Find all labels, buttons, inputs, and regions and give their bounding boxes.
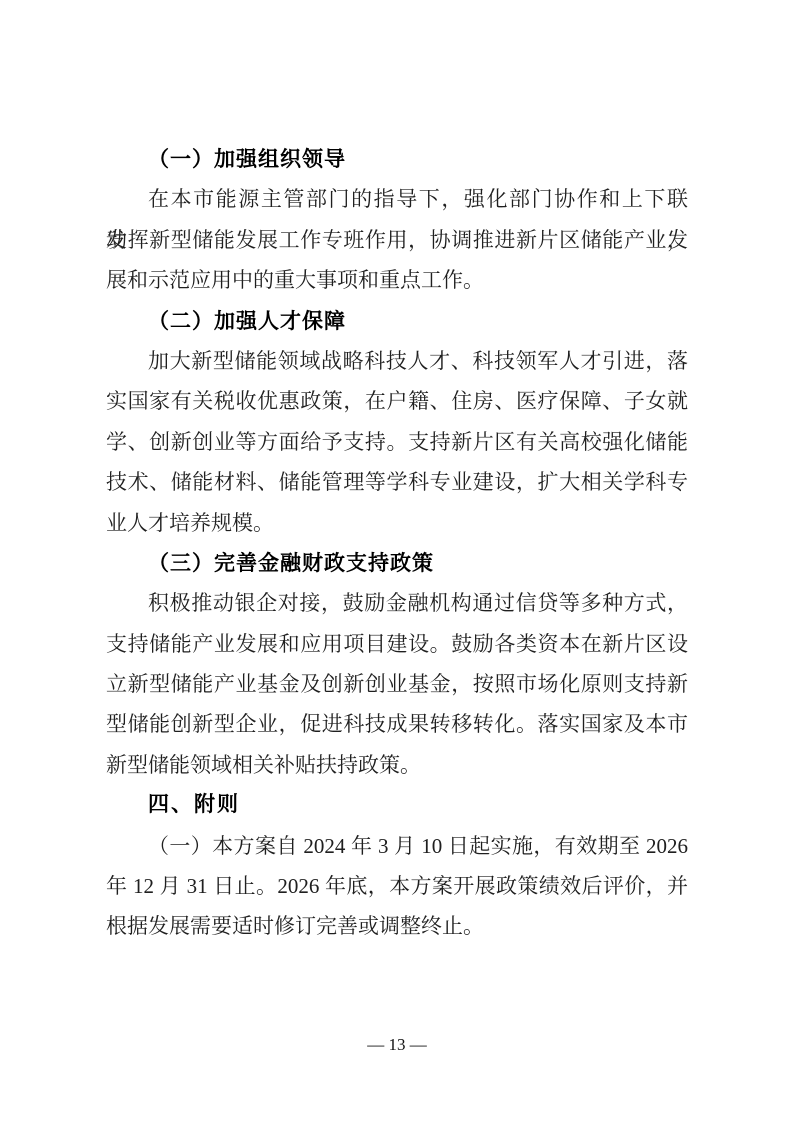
paragraph-line: 加大新型储能领域战略科技人才、科技领军人才引进，落 [106,341,688,381]
section-heading-1: （一）加强组织领导 [106,139,688,179]
paragraph-line: 年 12 月 31 日止。2026 年底，本方案开展政策绩效后评价，并 [106,866,688,906]
paragraph-line: 在本市能源主管部门的指导下，强化部门协作和上下联动， [106,179,688,219]
paragraph-line: 实国家有关税收优惠政策，在户籍、住房、医疗保障、子女就 [106,381,688,421]
document-page: （一）加强组织领导 在本市能源主管部门的指导下，强化部门协作和上下联动， 发挥新… [0,0,794,1123]
document-content: （一）加强组织领导 在本市能源主管部门的指导下，强化部门协作和上下联动， 发挥新… [106,139,688,947]
paragraph-line: 业人才培养规模。 [106,503,688,543]
paragraph-line: 立新型储能产业基金及创新创业基金，按照市场化原则支持新 [106,664,688,704]
section-heading-4: 四、附则 [106,785,688,825]
paragraph-line: 学、创新创业等方面给予支持。支持新片区有关高校强化储能 [106,422,688,462]
paragraph-line: 新型储能领域相关补贴扶持政策。 [106,745,688,785]
paragraph-line: 型储能创新型企业，促进科技成果转移转化。落实国家及本市 [106,704,688,744]
paragraph-line: 技术、储能材料、储能管理等学科专业建设，扩大相关学科专 [106,462,688,502]
section-heading-2: （二）加强人才保障 [106,301,688,341]
paragraph-line: （一）本方案自 2024 年 3 月 10 日起实施，有效期至 2026 [106,826,688,866]
paragraph-line: 根据发展需要适时修订完善或调整终止。 [106,906,688,946]
page-number: — 13 — [0,1034,794,1056]
section-heading-3: （三）完善金融财政支持政策 [106,543,688,583]
paragraph-line: 积极推动银企对接，鼓励金融机构通过信贷等多种方式， [106,583,688,623]
paragraph-line: 支持储能产业发展和应用项目建设。鼓励各类资本在新片区设 [106,624,688,664]
paragraph-line: 发挥新型储能发展工作专班作用，协调推进新片区储能产业发 [106,220,688,260]
paragraph-line: 展和示范应用中的重大事项和重点工作。 [106,260,688,300]
